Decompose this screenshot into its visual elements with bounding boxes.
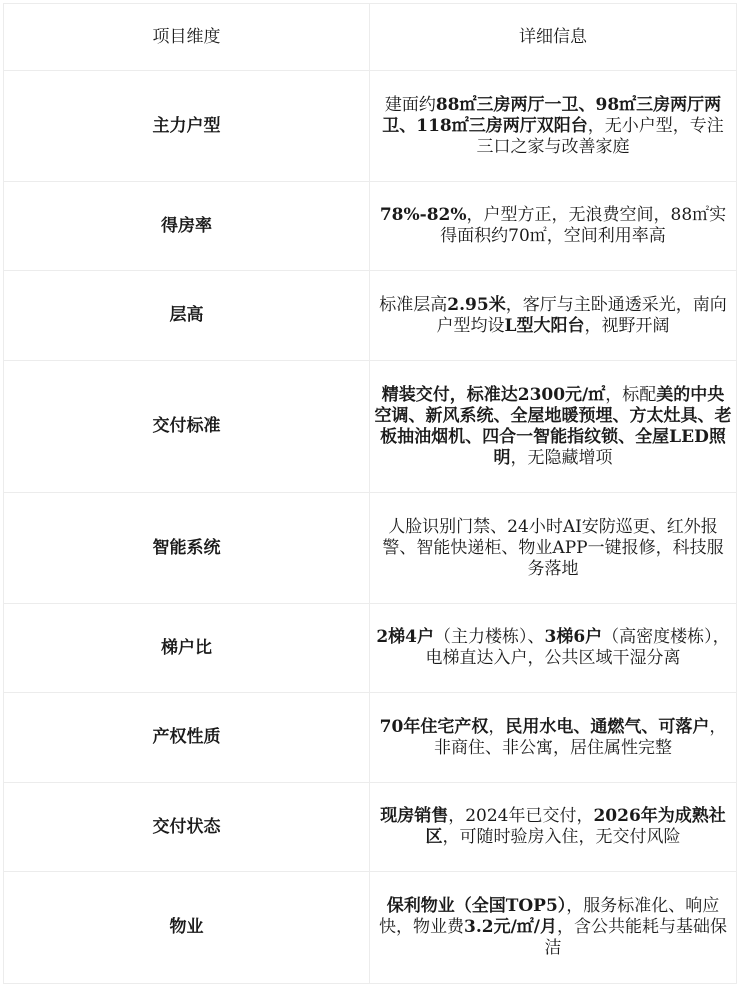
detail-text: ， <box>488 717 505 737</box>
row-detail: 70年住宅产权，民用水电、通燃气、可落户，非商住、非公寓，居住属性完整 <box>370 693 737 783</box>
detail-text: （主力楼栋）、 <box>434 627 545 647</box>
detail-highlight: 3.2元/㎡/月 <box>464 917 557 937</box>
row-dimension: 交付标准 <box>4 361 370 493</box>
detail-text: ，户型方正，无浪费空间，88㎡实得面积约70㎡，空间利用率高 <box>440 205 726 246</box>
table-row: 智能系统人脸识别门禁、24小时AI安防巡更、红外报警、智能快递柜、物业APP一键… <box>4 493 737 604</box>
table-header-row: 项目维度 详细信息 <box>4 4 737 71</box>
detail-highlight: 78%-82% <box>380 205 467 225</box>
detail-text: ，含公共能耗与基础保洁 <box>545 917 728 958</box>
detail-text: ，无隐藏增项 <box>511 448 613 468</box>
table-row: 层高标准层高2.95米，客厅与主卧通透采光，南向户型均设L型大阳台，视野开阔 <box>4 271 737 361</box>
detail-text: 人脸识别门禁、24小时AI安防巡更、红外报警、智能快递柜、物业APP一键报修，科… <box>382 517 723 579</box>
detail-text: 建面约 <box>385 95 436 115</box>
detail-highlight: 现房销售 <box>380 806 448 826</box>
header-detail: 详细信息 <box>370 4 737 71</box>
row-dimension: 产权性质 <box>4 693 370 783</box>
row-dimension: 梯户比 <box>4 604 370 693</box>
detail-highlight: 2.95米 <box>447 295 505 315</box>
table-row: 交付标准精装交付，标准达2300元/㎡，标配美的中央空调、新风系统、全屋地暖预埋… <box>4 361 737 493</box>
row-detail: 保利物业（全国TOP5），服务标准化、响应快，物业费3.2元/㎡/月，含公共能耗… <box>370 872 737 984</box>
row-detail: 现房销售，2024年已交付，2026年为成熟社区，可随时验房入住，无交付风险 <box>370 783 737 872</box>
detail-highlight: 2梯4户 <box>376 627 434 647</box>
table-body: 主力户型建面约88㎡三房两厅一卫、98㎡三房两厅两卫、118㎡三房两厅双阳台，无… <box>4 71 737 984</box>
row-detail: 2梯4户（主力楼栋）、3梯6户（高密度楼栋），电梯直达入户，公共区域干湿分离 <box>370 604 737 693</box>
row-dimension: 主力户型 <box>4 71 370 182</box>
row-detail: 78%-82%，户型方正，无浪费空间，88㎡实得面积约70㎡，空间利用率高 <box>370 182 737 271</box>
detail-highlight: 3梯6户 <box>545 627 603 647</box>
row-dimension: 智能系统 <box>4 493 370 604</box>
row-detail: 建面约88㎡三房两厅一卫、98㎡三房两厅两卫、118㎡三房两厅双阳台，无小户型，… <box>370 71 737 182</box>
row-dimension: 得房率 <box>4 182 370 271</box>
detail-text: ，视野开阔 <box>584 316 669 336</box>
table-row: 主力户型建面约88㎡三房两厅一卫、98㎡三房两厅两卫、118㎡三房两厅双阳台，无… <box>4 71 737 182</box>
detail-highlight: 70年住宅产权 <box>380 717 489 737</box>
table-row: 产权性质70年住宅产权，民用水电、通燃气、可落户，非商住、非公寓，居住属性完整 <box>4 693 737 783</box>
detail-text: ，可随时验房入住，无交付风险 <box>443 827 681 847</box>
detail-text: ，标配 <box>605 385 656 405</box>
detail-text: ，2024年已交付， <box>448 806 593 826</box>
row-detail: 精装交付，标准达2300元/㎡，标配美的中央空调、新风系统、全屋地暖预埋、方太灶… <box>370 361 737 493</box>
row-dimension: 物业 <box>4 872 370 984</box>
row-dimension: 层高 <box>4 271 370 361</box>
table-row: 交付状态现房销售，2024年已交付，2026年为成熟社区，可随时验房入住，无交付… <box>4 783 737 872</box>
project-spec-table: 项目维度 详细信息 主力户型建面约88㎡三房两厅一卫、98㎡三房两厅两卫、118… <box>3 3 737 984</box>
table-row: 得房率78%-82%，户型方正，无浪费空间，88㎡实得面积约70㎡，空间利用率高 <box>4 182 737 271</box>
row-detail: 人脸识别门禁、24小时AI安防巡更、红外报警、智能快递柜、物业APP一键报修，科… <box>370 493 737 604</box>
detail-highlight: 民用水电、通燃气、可落户 <box>505 717 709 737</box>
header-dimension: 项目维度 <box>4 4 370 71</box>
table-row: 梯户比2梯4户（主力楼栋）、3梯6户（高密度楼栋），电梯直达入户，公共区域干湿分… <box>4 604 737 693</box>
detail-highlight: 保利物业（全国TOP5） <box>387 896 567 916</box>
row-dimension: 交付状态 <box>4 783 370 872</box>
row-detail: 标准层高2.95米，客厅与主卧通透采光，南向户型均设L型大阳台，视野开阔 <box>370 271 737 361</box>
detail-highlight: 精装交付，标准达2300元/㎡ <box>382 385 606 405</box>
table-row: 物业保利物业（全国TOP5），服务标准化、响应快，物业费3.2元/㎡/月，含公共… <box>4 872 737 984</box>
detail-highlight: L型大阳台 <box>505 316 585 336</box>
detail-text: 标准层高 <box>379 295 447 315</box>
